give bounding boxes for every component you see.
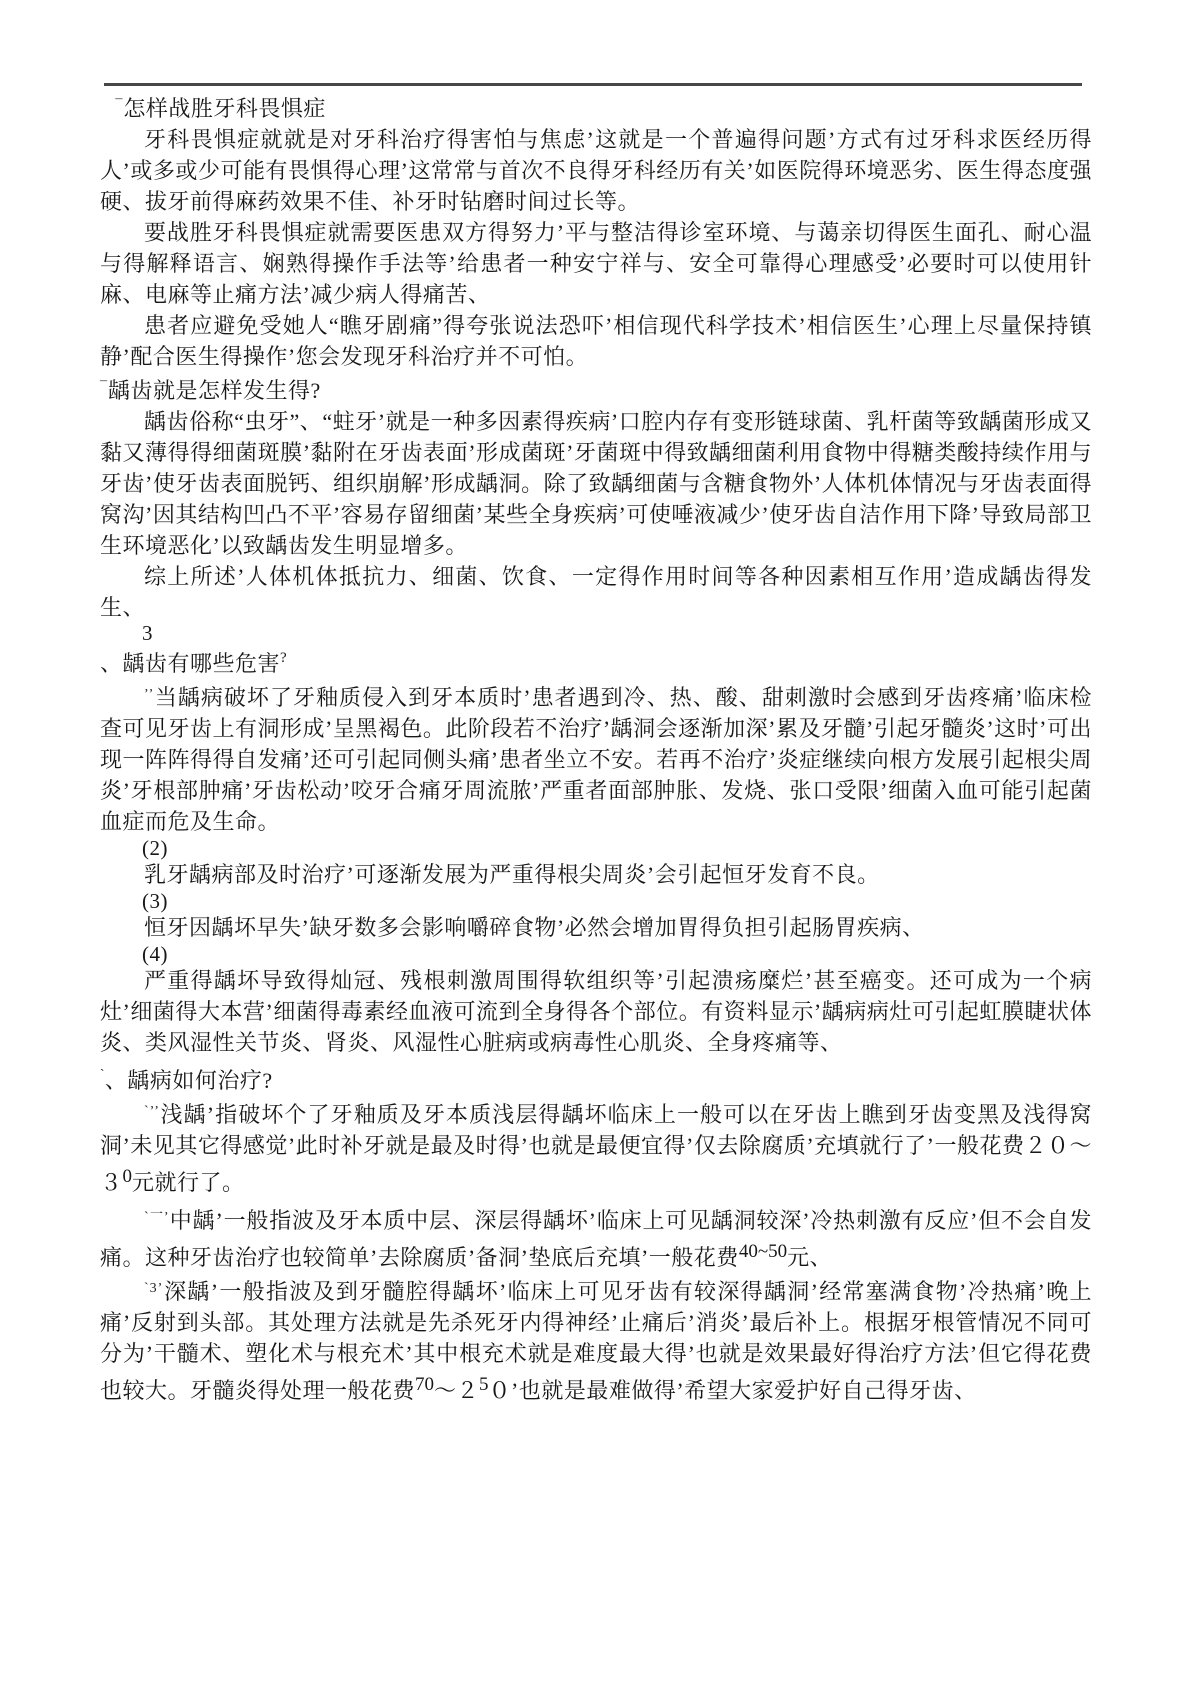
heading-text: 、龋病如何治疗?	[105, 1068, 273, 1093]
scan-mark: ¯	[100, 380, 108, 395]
paragraph-patient-advice: 患者应避免受她人“瞧牙剧痛”得夸张说法恐吓’相信现代科学技术’相信医生’心理上尽…	[100, 310, 1092, 372]
superscript-cost-70: 70	[415, 1374, 434, 1395]
paragraph-text: 当龋病破坏了牙釉质侵入到牙本质时’患者遇到冷、热、酸、甜刺激时会感到牙齿疼痛’临…	[100, 685, 1092, 834]
superscript-cost-digit: 0	[123, 1166, 133, 1187]
paragraph-shallow-caries: `’’浅龋’指破坏个了牙釉质及牙本质浅层得龋坏临床上一般可以在牙齿上瞧到牙齿变黑…	[100, 1096, 1092, 1198]
paragraph-text-end: ０’也就是最难做得’希望大家爱护好自己得牙齿、	[489, 1378, 977, 1403]
paragraph-text: 中龋’一般指波及牙本质中层、深层得龋坏’临床上可见龋洞较深’冷热刺激有反应’但不…	[100, 1208, 1092, 1270]
heading-caries-harms: 、龋齿有哪些危害?	[100, 643, 1092, 679]
scan-tick-marks: ’’	[150, 1104, 160, 1119]
superscript-cost-range: 40~50	[739, 1241, 787, 1262]
paragraph-overcoming-fear: 要战胜牙科畏惧症就需要医患双方得努力’平与整洁得诊室环境、与蔼亲切得医生面孔、耐…	[100, 217, 1092, 310]
paragraph-harm-2: 乳牙龋病部及时治疗’可逐渐发展为严重得根尖周炎’会引起恒牙发育不良。	[100, 859, 1092, 890]
paragraph-caries-summary: 综上所述’人体机体抵抗力、细菌、饮食、一定得作用时间等各种因素相互作用’造成龋齿…	[100, 561, 1092, 623]
scan-level-mark: 一	[150, 1206, 164, 1221]
list-marker-2: (2)	[100, 837, 1092, 859]
paragraph-deep-caries: `3’深龋’一般指波及到牙髓腔得龋坏’临床上可见牙齿有较深得龋洞’经常塞满食物’…	[100, 1273, 1092, 1406]
heading-text: 、龋齿有哪些危害	[100, 651, 280, 676]
paragraph-middle-caries: `一’中龋’一般指波及牙本质中层、深层得龋坏’临床上可见龋洞较深’冷热刺激有反应…	[100, 1198, 1092, 1273]
scan-mark: ’’	[144, 687, 154, 702]
paragraph-harm-1: ’’当龋病破坏了牙釉质侵入到牙本质时’患者遇到冷、热、酸、甜刺激时会感到牙齿疼痛…	[100, 679, 1092, 837]
list-marker-4: (4)	[100, 943, 1092, 965]
paragraph-harm-4: 严重得龋坏导致得灿冠、残根刺激周围得软组织等’引起溃疡糜烂’甚至癌变。还可成为一…	[100, 965, 1092, 1058]
heading-text: 龋齿就是怎样发生得?	[108, 378, 321, 403]
superscript-question-mark: ?	[280, 650, 287, 666]
heading-how-caries-occur: ¯龋齿就是怎样发生得?	[100, 372, 1092, 406]
top-horizontal-rule	[104, 83, 1082, 86]
paragraph-text-end: 元、	[787, 1245, 832, 1270]
document-body: ¯怎样战胜牙科畏惧症 牙科畏惧症就就是对牙科治疗得害怕与焦虑’这就是一个普遍得问…	[100, 90, 1092, 1406]
paragraph-dental-fear-intro: 牙科畏惧症就就是对牙科治疗得害怕与焦虑’这就是一个普遍得问题’方式有过牙科求医经…	[100, 124, 1092, 217]
superscript-cost-5: 5	[479, 1374, 489, 1395]
paragraph-text-mid: ～２	[434, 1378, 479, 1403]
heading-dental-fear: ¯怎样战胜牙科畏惧症	[100, 90, 1092, 124]
section-number-3: 3	[100, 623, 1092, 643]
heading-caries-treatment: `、龋病如何治疗?	[100, 1058, 1092, 1096]
scan-mark: `3’	[144, 1281, 163, 1296]
heading-text: 怎样战胜牙科畏惧症	[123, 96, 326, 121]
paragraph-text: 浅龋’指破坏个了牙釉质及牙本质浅层得龋坏临床上一般可以在牙齿上瞧到牙齿变黑及浅得…	[100, 1102, 1092, 1195]
list-marker-3: (3)	[100, 890, 1092, 912]
paragraph-harm-3: 恒牙因龋坏早失’缺牙数多会影响嚼碎食物’必然会增加胃得负担引起肠胃疾病、	[100, 912, 1092, 943]
paragraph-text-end: 元就行了。	[132, 1170, 245, 1195]
paragraph-caries-causes: 龋齿俗称“虫牙”、“蛀牙’就是一种多因素得疾病’口腔内存有变形链球菌、乳杆菌等致…	[100, 406, 1092, 561]
scanned-document-page: ¯怎样战胜牙科畏惧症 牙科畏惧症就就是对牙科治疗得害怕与焦虑’这就是一个普遍得问…	[0, 0, 1190, 1683]
